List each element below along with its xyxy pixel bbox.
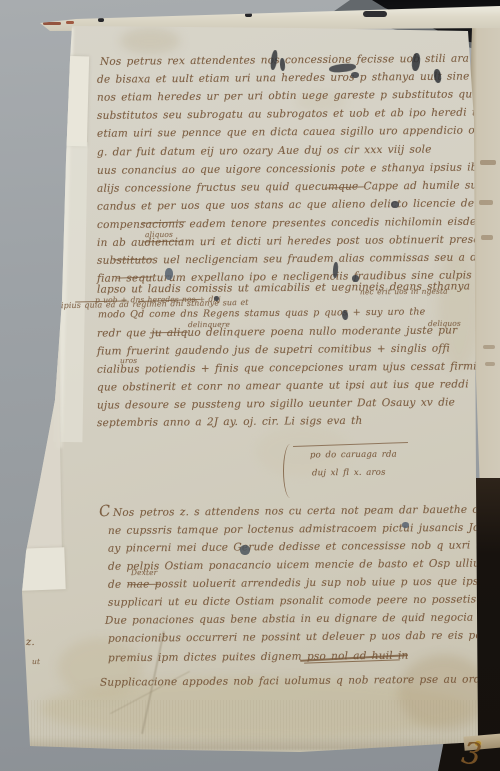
text-line: que obstinerit et conr no amear quante u…: [97, 379, 469, 394]
text-line: g. dar fuit datum eij uro ozary Aue duj …: [97, 145, 432, 159]
text-line: nos etiam heredes ur per uri obtin uege …: [97, 89, 479, 104]
text-line: ne cupssris tamque por loctenus admistra…: [108, 522, 500, 537]
text-line: candus et per uos que uos stans ac que a…: [97, 198, 493, 213]
text-line: de mae possit uoluerit arrendedis ju sup…: [108, 576, 500, 591]
text-line: etiam uiri sue pennce que en dicta cauea…: [97, 125, 500, 140]
text-line: ponacionibus occurreri ne possint ut del…: [108, 630, 500, 645]
red-ruling-mark: [43, 22, 61, 25]
text-line: septembris anno a 2J ay. oj. cir. Li sig…: [97, 416, 363, 430]
ink-smear: [363, 11, 387, 17]
text-line: Nos petrus rex attendentes nos concessio…: [100, 53, 500, 68]
ink-tick: [245, 13, 252, 17]
photograph-of-manuscript: Nos petrus rex attendentes nos concessio…: [0, 0, 500, 771]
text-line: de pelpis Ostiam ponacancio uicem mencie…: [108, 558, 500, 573]
tape-patch: [18, 547, 65, 591]
ink-blot: [351, 72, 359, 78]
ink-blot: [352, 275, 359, 282]
bleedthrough-mark: [483, 345, 495, 349]
ink-blot: [240, 545, 250, 555]
tape-patch: [22, 330, 62, 553]
docket-note: po do caruaga rda: [310, 451, 397, 461]
bleedthrough-mark: [481, 235, 493, 240]
ink-blot: [391, 201, 399, 208]
text-line: Due ponaciones quas bene abstia in eu di…: [105, 612, 500, 627]
text-line: uus conancius ao que uigore concessionis…: [97, 162, 500, 177]
text-line: cialibus potiendis + finis que concepcio…: [97, 361, 493, 376]
bottom-edge-shading: [26, 736, 478, 750]
interlinear-note: nec erit uos in ngesta: [360, 288, 448, 297]
page-stain: [120, 28, 180, 54]
text-line: Nos petros z. s attendens nos cu certa n…: [113, 504, 500, 519]
text-line: alijs concessione fructus seu quid quecu…: [97, 180, 500, 195]
ink-blot: [411, 53, 421, 72]
interlinear-note: aliquos: [145, 231, 173, 239]
interlinear-note: uros: [120, 357, 137, 365]
paragraph-mark: C: [98, 502, 112, 520]
ink-blot: [214, 296, 219, 301]
margin-note: z.: [26, 637, 35, 648]
bleedthrough-mark: [479, 200, 493, 205]
margin-note: ut: [32, 658, 40, 666]
ink-blot: [341, 310, 348, 321]
bleedthrough-mark: [485, 362, 495, 366]
text-line: fium fruerint gaudendo jus de supetri co…: [97, 343, 450, 358]
text-line: supplicari ut eu dicte Ostiam psonalit c…: [108, 594, 498, 609]
text-line: ay pincerni mei duce Gerude dedisse et c…: [108, 540, 471, 555]
docket-note: duj xl fl x. aros: [312, 469, 386, 479]
interlinear-note: delinquere: [188, 321, 230, 330]
text-line: substitutos seu subrogatu au subrogatos …: [97, 107, 500, 122]
ink-blot: [165, 268, 173, 280]
manuscript-page: Nos petrus rex attendentes nos concessio…: [0, 0, 500, 771]
bleedthrough-mark: [480, 160, 496, 165]
text-line: substitutos uel necligenciam seu fraudem…: [97, 252, 500, 267]
tape-patch: [54, 56, 89, 147]
text-line: modo Qd come dns Regens stamus quas p qu…: [98, 308, 426, 321]
red-ruling-mark: [66, 21, 74, 24]
ink-tick: [98, 18, 104, 22]
interlinear-note: deliquos: [428, 320, 461, 329]
text-line: ujus desoure se pussteng uro sigillo ueu…: [97, 397, 455, 412]
docket-bracket: [283, 444, 299, 498]
ink-blot: [402, 522, 409, 528]
